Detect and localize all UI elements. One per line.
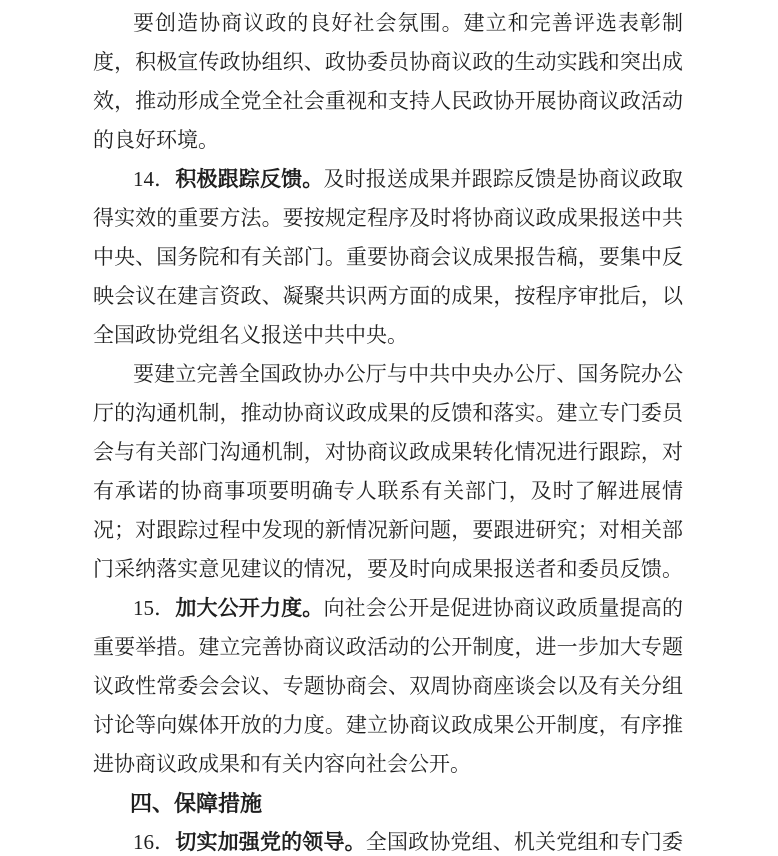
text-line: 效，推动形成全党全社会重视和支持人民政协开展协商议政活动 xyxy=(93,82,683,121)
text-line: 得实效的重要方法。要按规定程序及时将协商议政成果报送中共 xyxy=(93,199,683,238)
item-number: 16． xyxy=(133,830,175,854)
text-line: 要创造协商议政的良好社会氛围。建立和完善评选表彰制 xyxy=(93,4,683,43)
item-title: 积极跟踪反馈。 xyxy=(175,167,323,191)
text-line: 厅的沟通机制，推动协商议政成果的反馈和落实。建立专门委员 xyxy=(93,394,683,433)
text-line: 度，积极宣传政协组织、政协委员协商议政的生动实践和突出成 xyxy=(93,43,683,82)
text-line: 要建立完善全国政协办公厅与中共中央办公厅、国务院办公 xyxy=(93,355,683,394)
item-title: 加大公开力度。 xyxy=(175,596,323,620)
document-page: 要创造协商议政的良好社会氛围。建立和完善评选表彰制 度，积极宣传政协组织、政协委… xyxy=(0,0,778,856)
section-heading: 四、保障措施 xyxy=(93,784,683,823)
text-line: 中央、国务院和有关部门。重要协商会议成果报告稿，要集中反 xyxy=(93,238,683,277)
text-line: 全国政协党组名义报送中共中央。 xyxy=(93,316,683,355)
text-line: 讨论等向媒体开放的力度。建立协商议政成果公开制度，有序推 xyxy=(93,706,683,745)
text-line-item-15: 15．加大公开力度。向社会公开是促进协商议政质量提高的 xyxy=(93,589,683,628)
text-line: 的良好环境。 xyxy=(93,121,683,160)
text-line: 况；对跟踪过程中发现的新情况新问题，要跟进研究；对相关部 xyxy=(93,511,683,550)
text-line: 有承诺的协商事项要明确专人联系有关部门，及时了解进展情 xyxy=(93,472,683,511)
line-text: 全国政协党组、机关党组和专门委 xyxy=(366,830,683,854)
text-line-item-16: 16．切实加强党的领导。全国政协党组、机关党组和专门委 xyxy=(93,823,683,856)
text-line-item-14: 14．积极跟踪反馈。及时报送成果并跟踪反馈是协商议政取 xyxy=(93,160,683,199)
text-line: 门采纳落实意见建议的情况，要及时向成果报送者和委员反馈。 xyxy=(93,550,683,589)
item-number: 15． xyxy=(133,596,175,620)
item-number: 14． xyxy=(133,167,175,191)
line-text: 向社会公开是促进协商议政质量提高的 xyxy=(323,596,683,620)
text-line: 议政性常委会会议、专题协商会、双周协商座谈会以及有关分组 xyxy=(93,667,683,706)
line-text: 及时报送成果并跟踪反馈是协商议政取 xyxy=(323,167,683,191)
text-line: 会与有关部门沟通机制，对协商议政成果转化情况进行跟踪，对 xyxy=(93,433,683,472)
document-text: 要创造协商议政的良好社会氛围。建立和完善评选表彰制 度，积极宣传政协组织、政协委… xyxy=(93,4,683,856)
item-title: 切实加强党的领导。 xyxy=(175,830,365,854)
text-line: 进协商议政成果和有关内容向社会公开。 xyxy=(93,745,683,784)
text-line: 映会议在建言资政、凝聚共识两方面的成果，按程序审批后，以 xyxy=(93,277,683,316)
text-line: 重要举措。建立完善协商议政活动的公开制度，进一步加大专题 xyxy=(93,628,683,667)
